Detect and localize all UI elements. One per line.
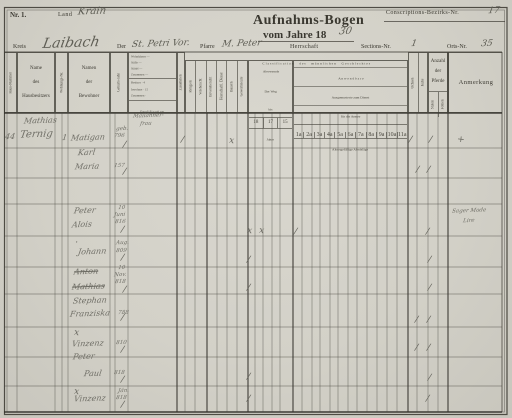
tally-mark: / (415, 316, 419, 325)
tally-mark: / (123, 141, 127, 150)
tally-mark: x (259, 227, 265, 236)
tally-mark: / (121, 226, 125, 235)
tally-mark: / (294, 228, 298, 237)
tally-mark: / (247, 284, 251, 293)
tally-mark: / (181, 136, 185, 145)
tally-mark: x (247, 227, 253, 236)
tally-mark: / (426, 395, 430, 404)
tally-mark: / (415, 344, 419, 353)
tally-mark: x (229, 137, 235, 146)
tally-mark: / (123, 286, 127, 295)
tally-mark: / (428, 284, 432, 293)
tally-mark: / (247, 395, 251, 404)
tally-mark: / (121, 254, 125, 263)
tally-mark: / (427, 316, 431, 325)
tally-mark: / (416, 166, 420, 175)
tally-mark: / (247, 373, 251, 382)
tally-mark: / (427, 344, 431, 353)
tally-mark: · (75, 239, 79, 248)
tally-mark: / (121, 376, 125, 385)
tally-mark: / (121, 401, 125, 410)
tally-mark: / (121, 346, 125, 355)
tally-mark: x (74, 388, 80, 397)
tally-mark: / (123, 168, 127, 177)
tally-mark: / (428, 374, 432, 383)
tally-marks: /x//+////xx///·/////////x//////x/// (0, 0, 512, 418)
tally-mark: / (409, 136, 413, 145)
tally-mark: x (74, 329, 80, 338)
tally-mark: / (429, 136, 433, 145)
tally-mark: / (428, 256, 432, 265)
tally-mark: / (121, 314, 125, 323)
tally-mark: / (247, 256, 251, 265)
tally-mark: / (426, 228, 430, 237)
tally-mark: + (457, 136, 465, 146)
tally-mark: / (427, 166, 431, 175)
census-sheet: Nr. 1. Land Krain Conscriptions-Bezirks-… (0, 0, 512, 418)
